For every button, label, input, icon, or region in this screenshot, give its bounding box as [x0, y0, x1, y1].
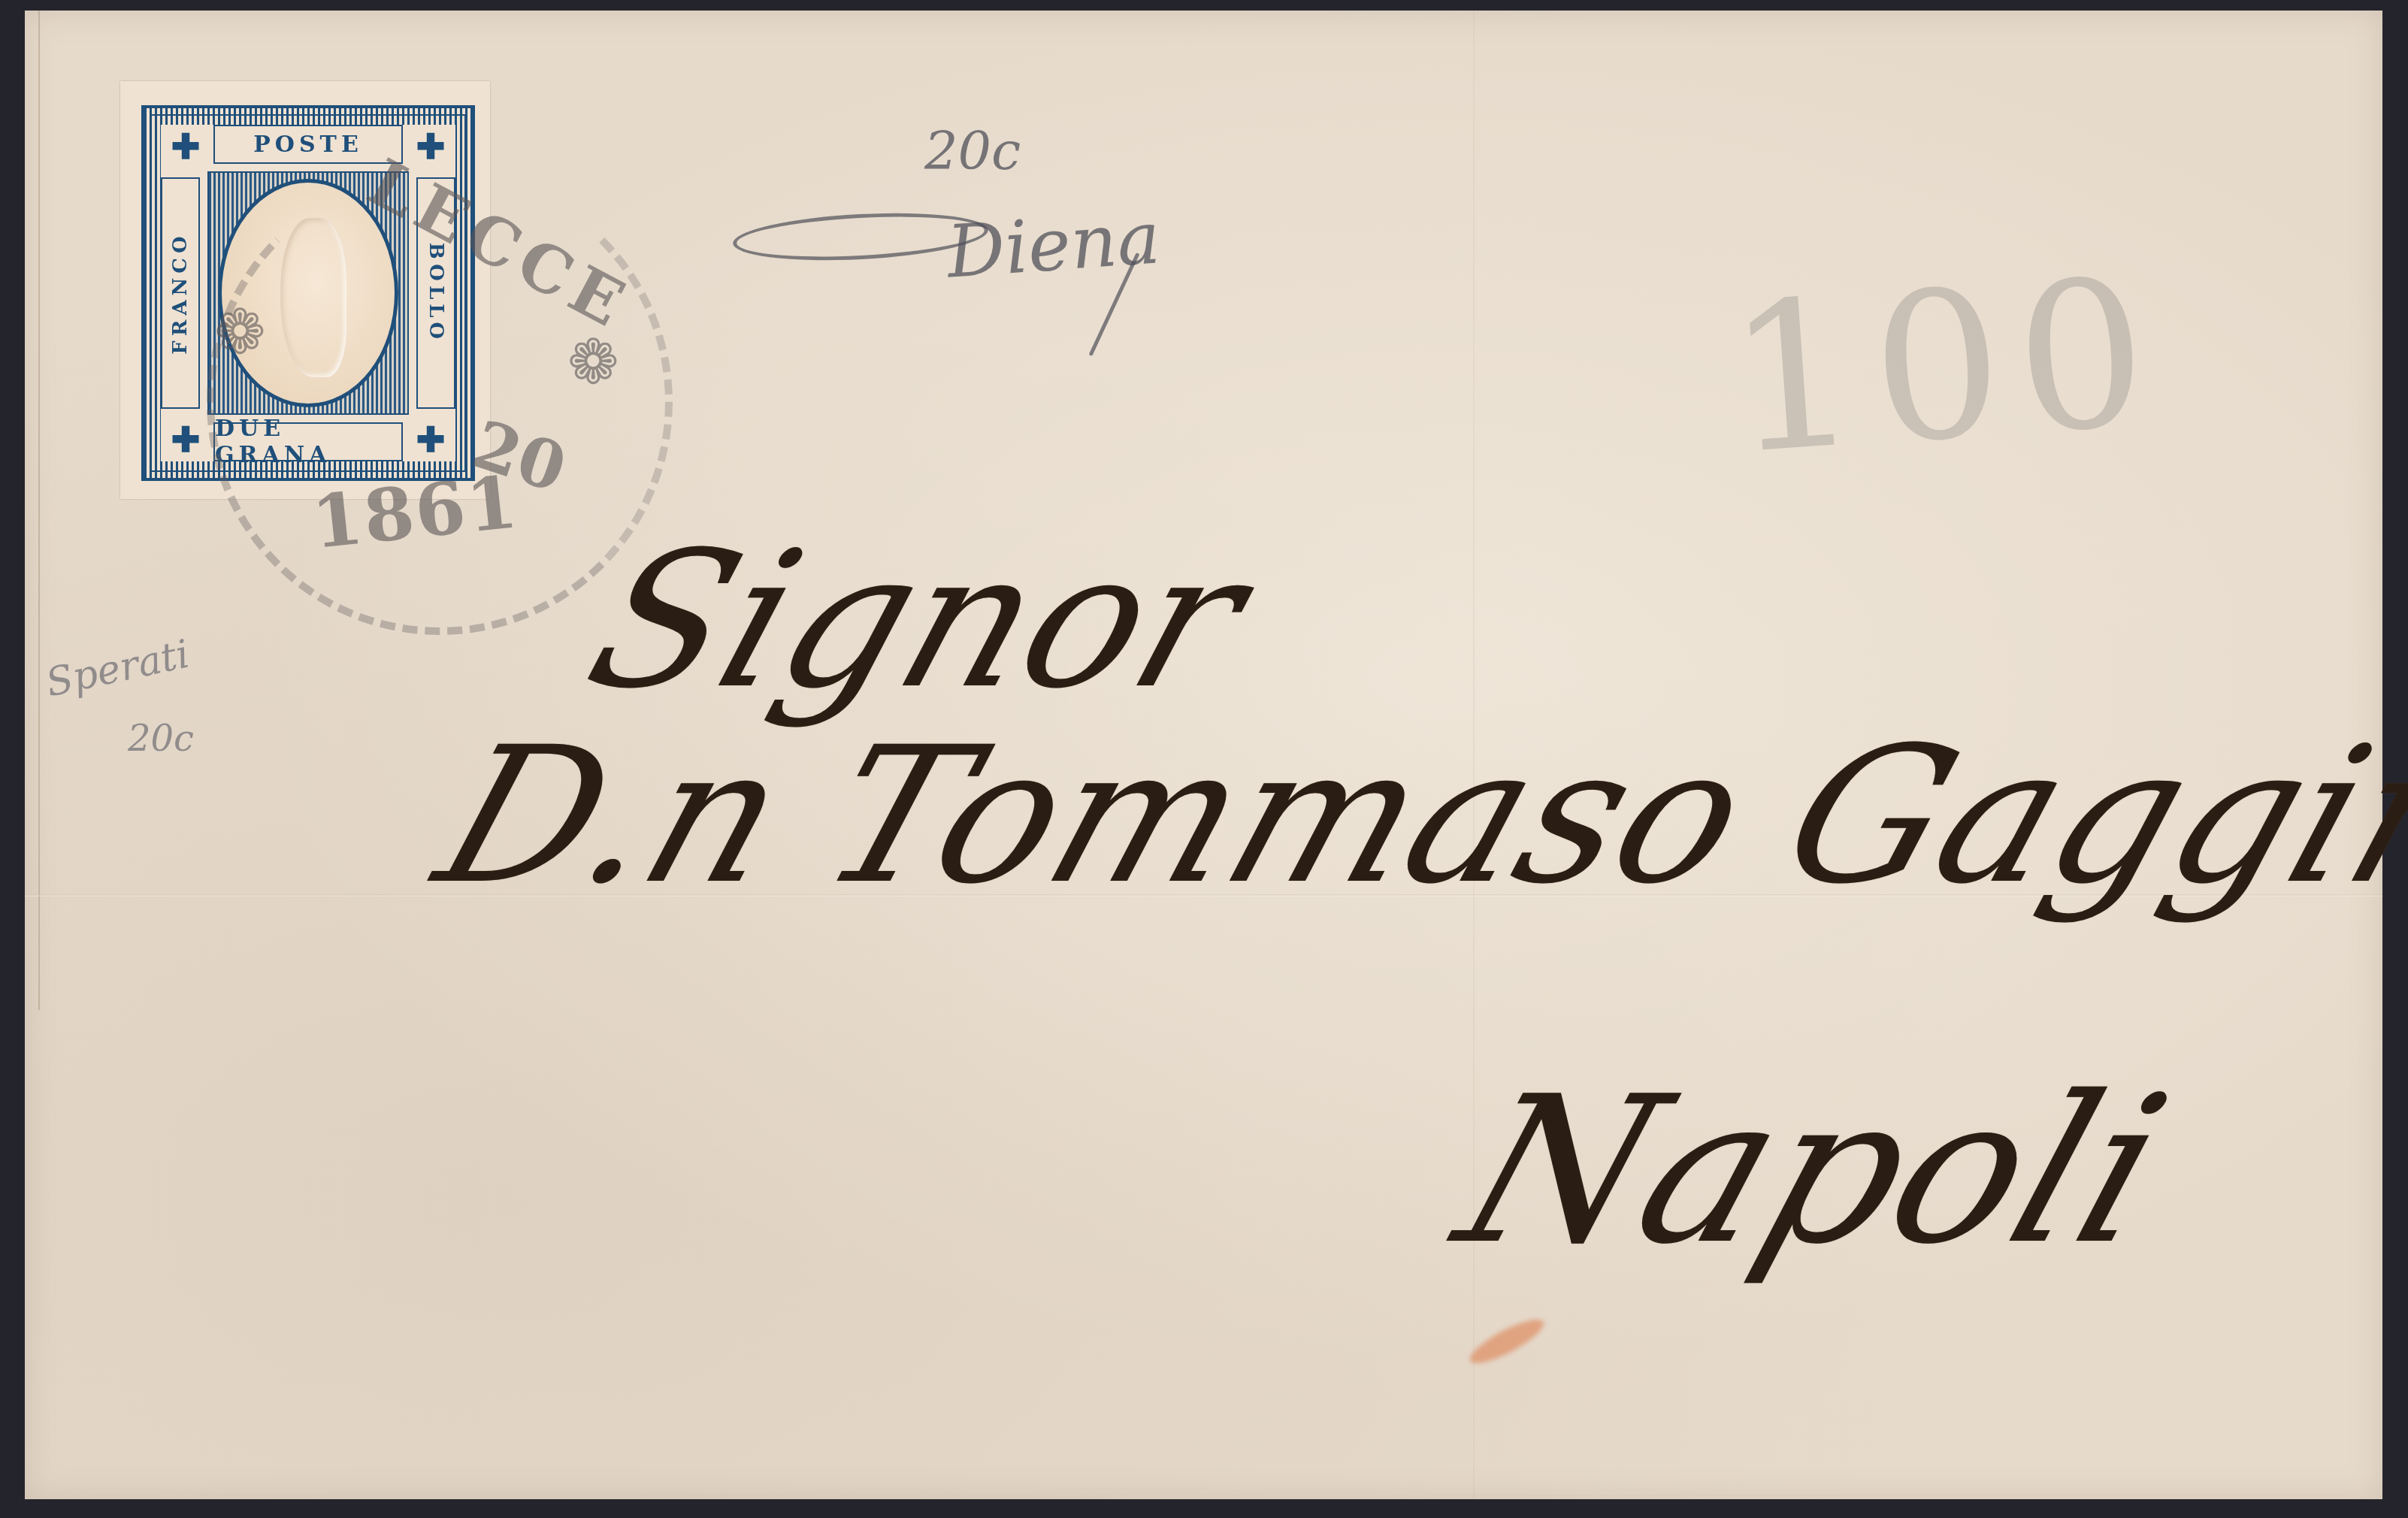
paper-flap-edge — [25, 11, 40, 1010]
expert-signature: Diena — [944, 195, 1163, 295]
pencil-note-100: 100 — [1721, 233, 2169, 499]
address-city: Napoli — [1435, 1052, 2192, 1289]
address-recipient: D.n Tommaso Gaggino — [416, 706, 2408, 925]
pencil-note-left-value: 20c — [128, 718, 194, 760]
flower-ornament-icon: ❁ — [567, 327, 619, 398]
flower-ornament-icon: ❁ — [214, 297, 266, 368]
stamp-top-label: POSTE — [213, 125, 403, 164]
postmark: LECCE ❁ ❁ 20 1861 — [207, 169, 673, 635]
cross-corner-icon: ✚ — [164, 125, 207, 168]
pencil-note-rate: 20c — [924, 120, 1021, 182]
stamp-left-panel: FRANCO — [161, 177, 200, 409]
stamp-left-label: FRANCO — [169, 231, 192, 354]
address-salutation: Signor — [566, 511, 1270, 730]
cross-corner-icon: ✚ — [164, 418, 207, 461]
